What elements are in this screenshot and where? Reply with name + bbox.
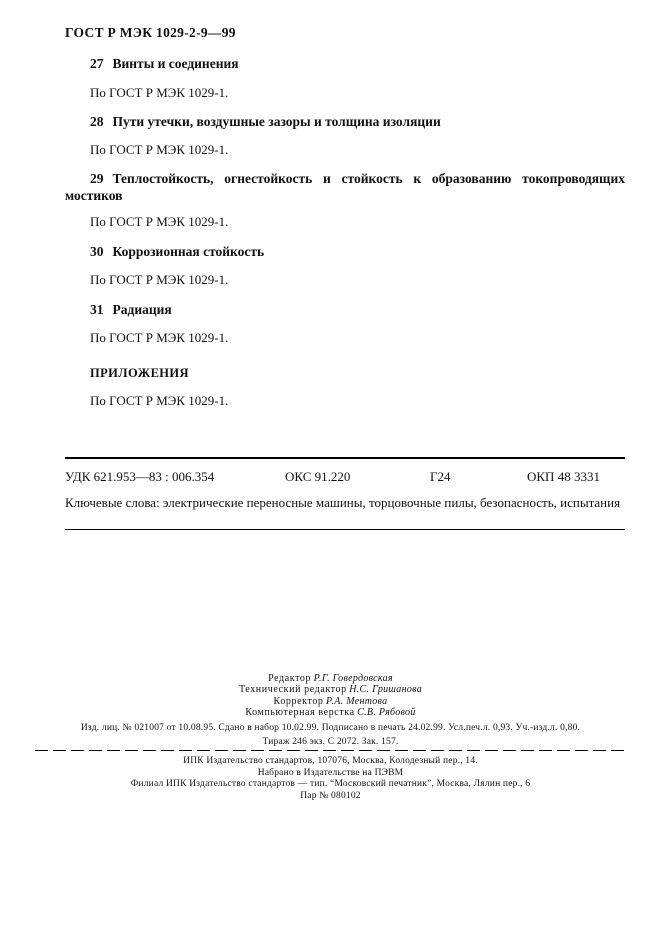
- classification-row: УДК 621.953—83 : 006.354 ОКС 91.220 Г24 …: [65, 469, 625, 485]
- section-title: Винты и соединения: [113, 56, 239, 71]
- document-page: ГОСТ Р МЭК 1029-2-9—99 27Винты и соедине…: [0, 0, 661, 936]
- credit-line: Технический редактор Н.С. Гришанова: [0, 684, 661, 695]
- section-number: 30: [90, 244, 104, 259]
- group-code: Г24: [430, 469, 451, 485]
- credit-line: Редактор Р.Г. Говердовская: [0, 673, 661, 684]
- okp-code: ОКП 48 3331: [527, 469, 600, 485]
- credit-name: С.В. Рябовой: [357, 707, 416, 718]
- section-30-body: По ГОСТ Р МЭК 1029-1.: [65, 272, 625, 288]
- appendix-body: По ГОСТ Р МЭК 1029-1.: [65, 393, 625, 409]
- credit-line: Корректор Р.А. Ментова: [0, 696, 661, 707]
- section-31-body: По ГОСТ Р МЭК 1029-1.: [65, 330, 625, 346]
- credit-name: Н.С. Гришанова: [349, 684, 422, 695]
- udk-code: УДК 621.953—83 : 006.354: [65, 469, 214, 485]
- credit-role: Корректор: [274, 696, 324, 707]
- section-27-heading: 27Винты и соединения: [65, 55, 625, 72]
- section-31-heading: 31Радиация: [65, 301, 625, 318]
- section-28-heading: 28Пути утечки, воздушные зазоры и толщин…: [65, 113, 625, 130]
- imprint-block: Изд. лиц. № 021007 от 10.08.95. Сдано в …: [0, 722, 661, 749]
- publisher-typeset-line: Набрано в Издательстве на ПЭВМ: [0, 768, 661, 780]
- separator-line-thin: [65, 529, 625, 530]
- section-title: Пути утечки, воздушные зазоры и толщина …: [113, 114, 441, 129]
- credit-line: Компьютерная верстка С.В. Рябовой: [0, 707, 661, 718]
- credit-role: Технический редактор: [239, 684, 347, 695]
- publisher-address-line: ИПК Издательство стандартов, 107076, Мос…: [0, 756, 661, 768]
- section-29-body: По ГОСТ Р МЭК 1029-1.: [65, 214, 625, 230]
- publisher-license-number-line: Пар № 080102: [0, 791, 661, 803]
- imprint-license-line: Изд. лиц. № 021007 от 10.08.95. Сдано в …: [0, 722, 661, 736]
- section-28-body: По ГОСТ Р МЭК 1029-1.: [65, 142, 625, 158]
- section-27-body: По ГОСТ Р МЭК 1029-1.: [65, 85, 625, 101]
- section-number: 28: [90, 114, 104, 129]
- publisher-branch-line: Филиал ИПК Издательство стандартов — тип…: [0, 779, 661, 791]
- section-number: 31: [90, 302, 104, 317]
- appendix-heading: ПРИЛОЖЕНИЯ: [65, 366, 625, 381]
- credit-role: Редактор: [268, 673, 311, 684]
- section-title: Радиация: [113, 302, 172, 317]
- credit-name: Р.Г. Говердовская: [314, 673, 393, 684]
- section-number: 29: [90, 171, 104, 186]
- separator-line-thick: [65, 457, 625, 459]
- keywords-line: Ключевые слова: электрические переносные…: [65, 495, 625, 511]
- publisher-block: ИПК Издательство стандартов, 107076, Мос…: [0, 756, 661, 802]
- section-number: 27: [90, 56, 104, 71]
- section-29-heading: 29Теплостойкость, огнестойкость и стойко…: [65, 170, 625, 204]
- doc-number-header: ГОСТ Р МЭК 1029-2-9—99: [65, 25, 236, 41]
- credit-role: Компьютерная верстка: [245, 707, 354, 718]
- section-title: Теплостойкость, огнестойкость и стойкост…: [65, 171, 625, 203]
- oks-code: ОКС 91.220: [285, 469, 350, 485]
- imprint-print-run-line: Тираж 246 экз. С 2072. Зак. 157.: [0, 736, 661, 750]
- section-30-heading: 30Коррозионная стойкость: [65, 243, 625, 260]
- section-title: Коррозионная стойкость: [113, 244, 265, 259]
- separator-line-dashed: [35, 750, 626, 751]
- credits-block: Редактор Р.Г. Говердовская Технический р…: [0, 673, 661, 719]
- credit-name: Р.А. Ментова: [326, 696, 387, 707]
